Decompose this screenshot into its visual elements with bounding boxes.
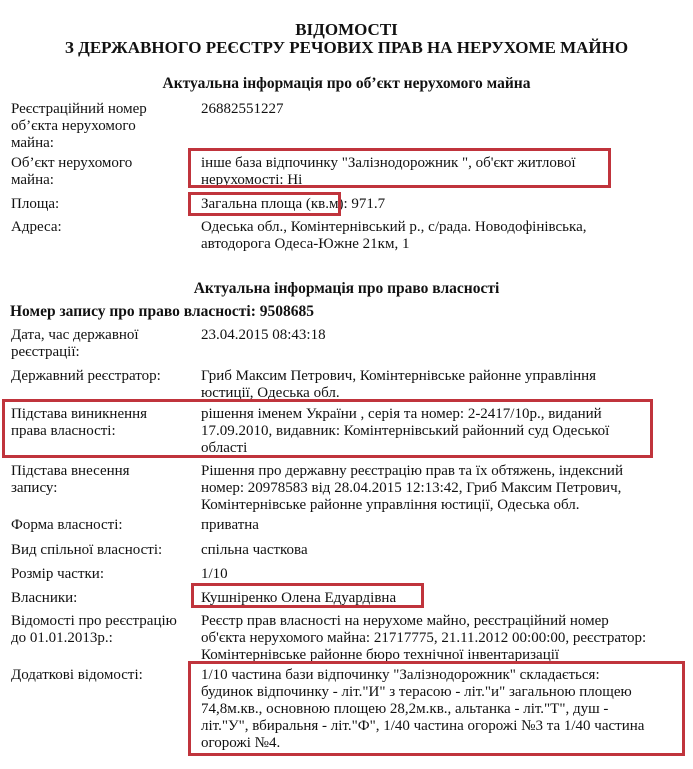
field-value: Кушніренко Олена Едуардівна	[201, 590, 671, 607]
field-label: Об’єкт нерухомого майна:	[11, 155, 191, 189]
field-value: Реєстр прав власності на нерухоме майно,…	[201, 613, 671, 664]
field-label: Відомості про реєстрацію до 01.01.2013р.…	[11, 613, 191, 647]
field-label: Підстава внесення запису:	[11, 463, 191, 497]
field-value: приватна	[201, 517, 671, 534]
document-title-line2: З ДЕРЖАВНОГО РЕЄСТРУ РЕЧОВИХ ПРАВ НА НЕР…	[0, 38, 693, 57]
field-label: Дата, час державної реєстрації:	[11, 327, 191, 361]
field-value: спільна часткова	[201, 542, 671, 559]
field-label: Державний реєстратор:	[11, 368, 191, 385]
field-label: Площа:	[11, 196, 191, 213]
field-label: Вид спільної власності:	[11, 542, 191, 559]
document-title-line1: ВІДОМОСТІ	[0, 20, 693, 39]
field-value: рішення іменем України , серія та номер:…	[201, 406, 671, 457]
field-label: Додаткові відомості:	[11, 667, 191, 684]
field-value: Рішення про державну реєстрацію прав та …	[201, 463, 671, 514]
field-label: Форма власності:	[11, 517, 191, 534]
field-value: 1/10	[201, 566, 671, 583]
object-section-heading: Актуальна інформація про об’єкт нерухомо…	[0, 75, 693, 93]
field-value: 23.04.2015 08:43:18	[201, 327, 671, 344]
field-value: 1/10 частина бази відпочинку "Залізнодор…	[201, 667, 671, 752]
field-value: Одеська обл., Комінтернівський р., с/рад…	[201, 219, 671, 253]
field-value: 26882551227	[201, 101, 671, 118]
field-label: Підстава виникнення права власності:	[11, 406, 191, 440]
field-label: Власники:	[11, 590, 191, 607]
field-value: інше база відпочинку "Залізнодорожник ",…	[201, 155, 671, 189]
field-label: Розмір частки:	[11, 566, 191, 583]
field-value: Гриб Максим Петрович, Комінтернівське ра…	[201, 368, 671, 402]
field-value: Загальна площа (кв.м): 971.7	[201, 196, 671, 213]
ownership-section-heading: Актуальна інформація про право власності	[0, 280, 693, 298]
field-label: Реєстраційний номер об’єкта нерухомого м…	[11, 101, 191, 152]
field-label: Адреса:	[11, 219, 191, 236]
ownership-record-number: Номер запису про право власності: 950868…	[10, 303, 314, 321]
